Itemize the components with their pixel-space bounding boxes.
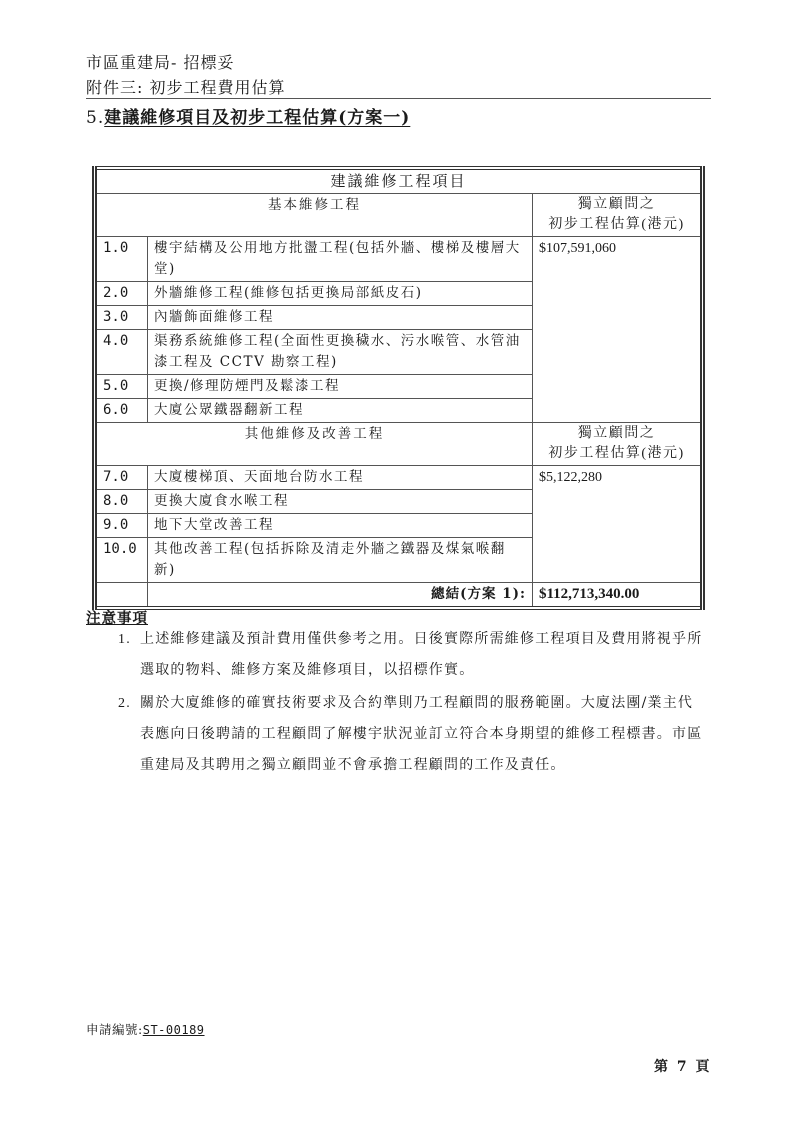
item-description: 內牆飾面維修工程 <box>148 306 533 330</box>
table-title-row: 建議維修工程項目 <box>95 168 703 194</box>
item-description: 外牆維修工程(維修包括更換局部紙皮石) <box>148 282 533 306</box>
item-number: 2.0 <box>95 282 148 306</box>
item-description: 其他改善工程(包括拆除及清走外牆之鐵器及煤氣喉翻新) <box>148 538 533 583</box>
group-heading: 其他維修及改善工程 <box>95 423 533 466</box>
item-description: 大廈公眾鐵器翻新工程 <box>148 399 533 423</box>
table-row: 1.0 樓宇結構及公用地方批盪工程(包括外牆、樓梯及樓層大堂) $107,591… <box>95 237 703 282</box>
item-number: 6.0 <box>95 399 148 423</box>
page-number: 第 7 頁 <box>654 1056 712 1076</box>
item-number: 5.0 <box>95 375 148 399</box>
amount-column-header: 獨立顧問之 初步工程估算(港元) <box>533 423 703 466</box>
header-appendix: 附件三: 初步工程費用估算 <box>86 75 285 98</box>
section-heading: 5.建議維修項目及初步工程估算(方案一) <box>86 103 410 128</box>
total-row: 總結(方案 1): $112,713,340.00 <box>95 583 703 609</box>
section-number: 5. <box>86 108 104 128</box>
group-header-other: 其他維修及改善工程 獨立顧問之 初步工程估算(港元) <box>95 423 703 466</box>
amount-header-line1: 獨立顧問之 <box>539 195 694 215</box>
amount-header-line2: 初步工程估算(港元) <box>539 444 694 464</box>
item-number: 4.0 <box>95 330 148 375</box>
amount-column-header: 獨立顧問之 初步工程估算(港元) <box>533 194 703 237</box>
application-value: ST-00189 <box>143 1023 205 1037</box>
item-number: 9.0 <box>95 514 148 538</box>
item-description: 地下大堂改善工程 <box>148 514 533 538</box>
item-number: 7.0 <box>95 466 148 490</box>
table-row: 7.0 大廈樓梯頂、天面地台防水工程 $5,122,280 <box>95 466 703 490</box>
item-number: 1.0 <box>95 237 148 282</box>
application-number: 申請編號:ST-00189 <box>86 1020 205 1038</box>
note-item: 2. 關於大廈維修的確實技術要求及合約準則乃工程顧問的服務範圍。大廈法團/業主代… <box>118 688 708 781</box>
item-description: 渠務系統維修工程(全面性更換穢水、污水喉管、水管油漆工程及 CCTV 勘察工程) <box>148 330 533 375</box>
group-heading: 基本維修工程 <box>95 194 533 237</box>
group-header-basic: 基本維修工程 獨立顧問之 初步工程估算(港元) <box>95 194 703 237</box>
total-value: $112,713,340.00 <box>533 583 703 609</box>
table-title: 建議維修工程項目 <box>95 168 703 194</box>
section-title: 建議維修項目及初步工程估算(方案一) <box>104 108 410 128</box>
item-description: 樓宇結構及公用地方批盪工程(包括外牆、樓梯及樓層大堂) <box>148 237 533 282</box>
group-amount: $5,122,280 <box>533 466 703 583</box>
note-text: 關於大廈維修的確實技術要求及合約準則乃工程顧問的服務範圍。大廈法團/業主代表應向… <box>118 688 708 781</box>
group-amount: $107,591,060 <box>533 237 703 423</box>
item-description: 大廈樓梯頂、天面地台防水工程 <box>148 466 533 490</box>
note-number: 1. <box>118 624 131 655</box>
amount-header-line1: 獨立顧問之 <box>539 424 694 444</box>
amount-header-line2: 初步工程估算(港元) <box>539 215 694 235</box>
total-empty-cell <box>95 583 148 609</box>
item-description: 更換大廈食水喉工程 <box>148 490 533 514</box>
note-number: 2. <box>118 688 131 719</box>
header-divider <box>86 98 711 99</box>
estimate-table: 建議維修工程項目 基本維修工程 獨立顧問之 初步工程估算(港元) 1.0 樓宇結… <box>92 166 705 610</box>
item-number: 10.0 <box>95 538 148 583</box>
item-number: 8.0 <box>95 490 148 514</box>
item-description: 更換/修理防煙門及鬆漆工程 <box>148 375 533 399</box>
note-text: 上述維修建議及預計費用僅供參考之用。日後實際所需維修工程項目及費用將視乎所選取的… <box>118 624 708 686</box>
header-organization: 市區重建局- 招標妥 <box>86 50 235 73</box>
application-label: 申請編號: <box>86 1022 143 1037</box>
item-number: 3.0 <box>95 306 148 330</box>
note-item: 1. 上述維修建議及預計費用僅供參考之用。日後實際所需維修工程項目及費用將視乎所… <box>118 624 708 686</box>
total-label: 總結(方案 1): <box>148 583 533 609</box>
